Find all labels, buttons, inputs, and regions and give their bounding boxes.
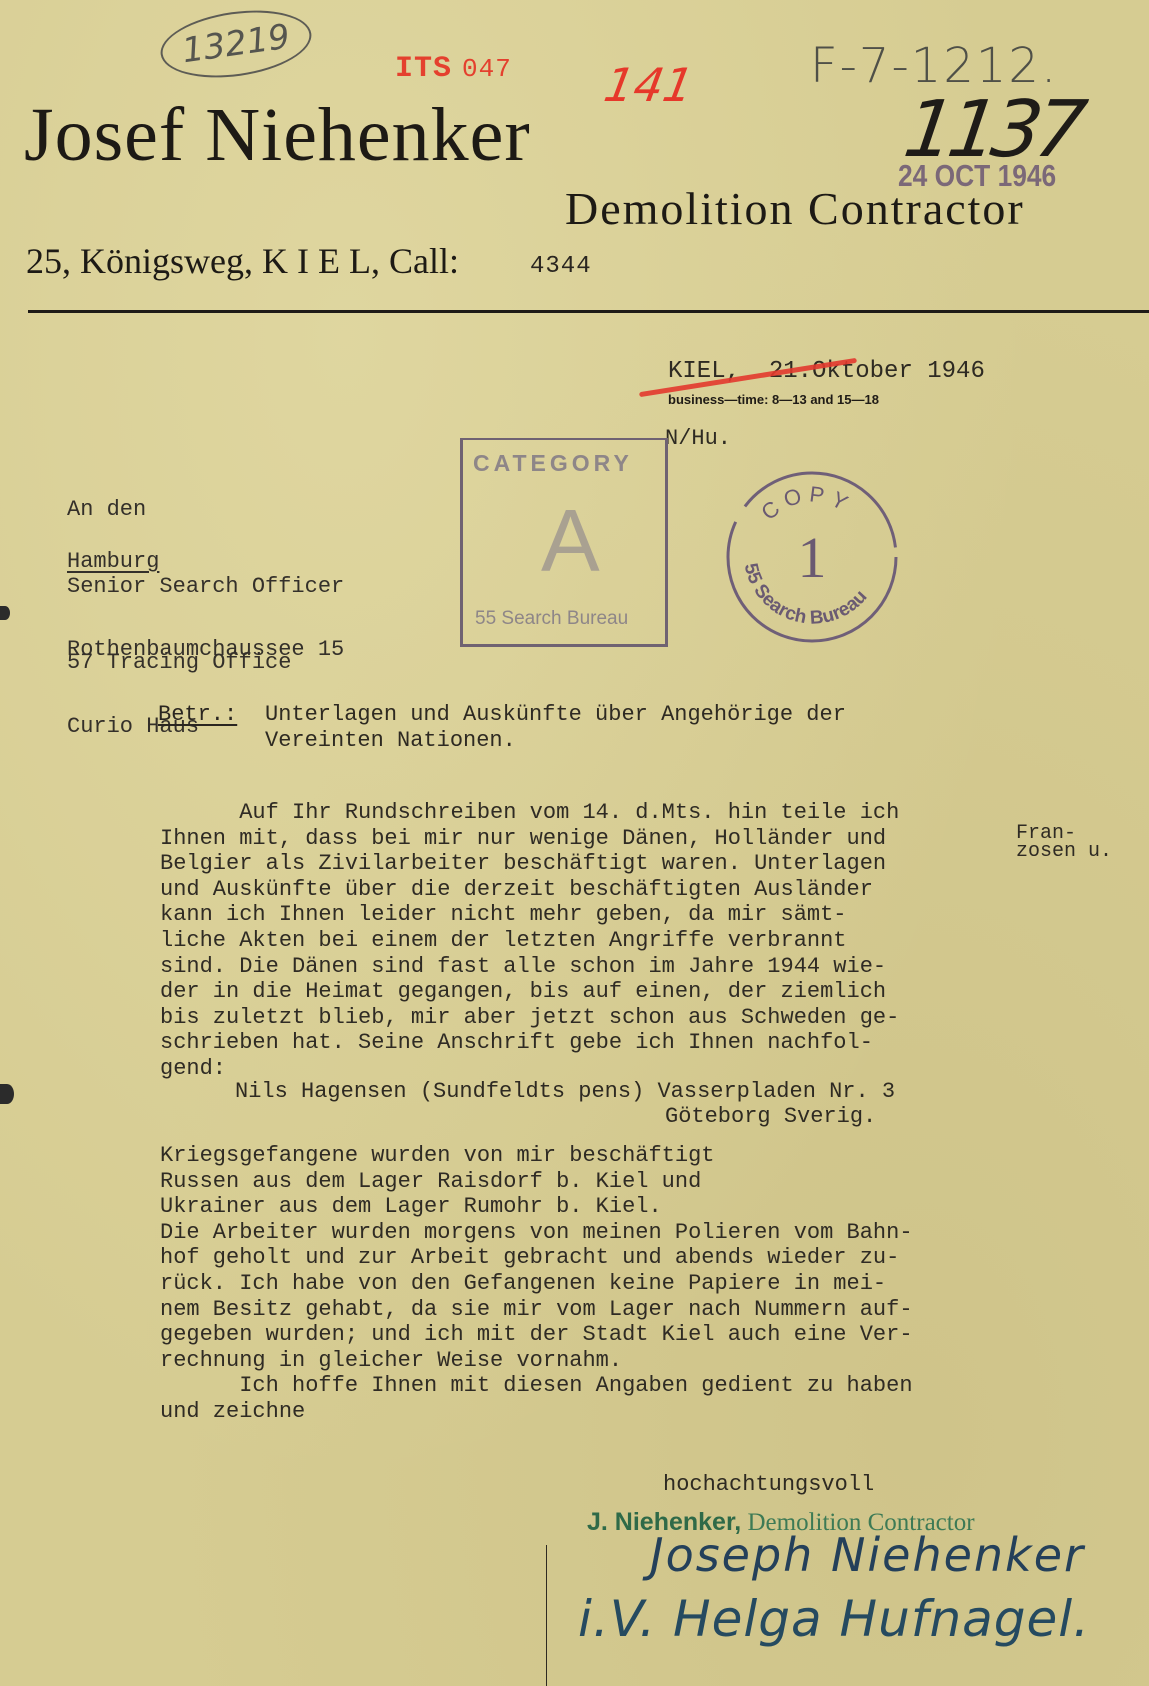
contact-name-line: Nils Hagensen (Sundfeldts pens) Vasserpl… xyxy=(235,1079,895,1104)
company-phone: 4344 xyxy=(530,253,592,280)
fold-line xyxy=(546,1545,547,1686)
red-pencil-number: 141 xyxy=(600,58,697,112)
body-paragraph-2: Kriegsgefangene wurden von mir beschäfti… xyxy=(160,1143,913,1425)
subject-label: Betr.: xyxy=(158,702,237,727)
category-stamp: CATEGORY A 55 Search Bureau xyxy=(460,438,668,647)
business-hours: business—time: 8—13 and 15—18 xyxy=(668,392,879,407)
header-divider xyxy=(28,310,1149,313)
its-label: ITS xyxy=(395,52,452,86)
reference-initials: N/Hu. xyxy=(665,426,731,451)
archive-number-circled: 13219 xyxy=(156,2,315,87)
copy-stamp: COPY 1 55 Search Bureau xyxy=(722,467,902,647)
copy-number: 1 xyxy=(798,525,827,590)
category-label: CATEGORY xyxy=(473,450,633,477)
street-line: Rothenbaumchaussee 15 xyxy=(67,637,344,663)
contact-city-line: Göteborg Sverig. xyxy=(665,1104,876,1129)
handwritten-proxy-signature: i.V. Helga Hufnagel. xyxy=(578,1590,1090,1648)
company-name: Josef Niehenker xyxy=(24,92,531,179)
copy-label: COPY xyxy=(756,481,857,525)
body-paragraph-1: Auf Ihr Rundschreiben vom 14. d.Mts. hin… xyxy=(160,800,899,1082)
recipient-city: Hamburg xyxy=(67,549,159,575)
punch-hole-mark xyxy=(0,606,10,620)
category-bureau: 55 Search Bureau xyxy=(475,608,628,630)
category-value: A xyxy=(541,490,600,592)
company-title: Demolition Contractor xyxy=(565,182,1025,235)
its-number: 047 xyxy=(462,54,512,84)
its-stamp: ITS047 xyxy=(395,52,512,86)
recipient-line: An den xyxy=(67,497,344,523)
closing-salutation: hochachtungsvoll xyxy=(663,1472,874,1497)
punch-hole-mark xyxy=(0,1084,14,1104)
company-address: 25, Königsweg, K I E L, Call: xyxy=(26,240,459,282)
handwritten-signature: Joseph Niehenker xyxy=(650,1528,1085,1582)
margin-insertion: Fran- zosen u. xyxy=(1016,825,1112,861)
subject-text: Unterlagen und Auskünfte über Angehörige… xyxy=(265,702,846,753)
